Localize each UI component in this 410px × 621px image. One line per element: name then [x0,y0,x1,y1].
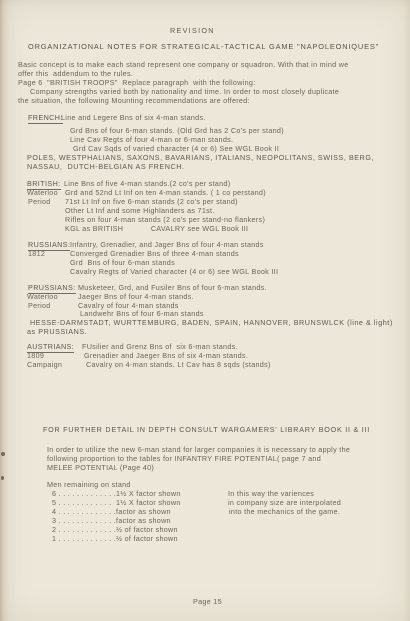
allied-nations-note: NASSAU, DUTCH-BELGIAN AS FRENCH. [27,163,185,172]
scanned-document-page: REVISION ORGANIZATIONAL NOTES FOR STRATE… [0,0,410,621]
section-sublabel: Period [28,302,51,311]
section-label-french: FRENCH: [28,114,63,124]
proportion-line: MELEE POTENTIAL (Page 40) [47,464,154,473]
page-number: Page 15 [193,598,222,607]
page-title: ORGANIZATIONAL NOTES FOR STRATEGICAL-TAC… [28,43,379,52]
section-sublabel: 1812 [28,250,45,259]
section-line: KGL as BRITISH CAVALRY see WGL Book III [65,225,248,234]
variance-note-line: into the mechanics of the game. [229,508,340,517]
allied-nations-note: as PRUSSIANS. [27,328,87,337]
revision-heading: REVISION [170,27,215,36]
intro-line: the situation, the following Mounting re… [18,97,250,106]
scan-speck [1,452,5,456]
library-reference-note: FOR FURTHER DETAIL IN DEPTH CONSULT WARG… [43,426,370,435]
scan-speck [1,476,4,480]
section-sublabel: Campaign [27,361,62,370]
section-line: Line and Legere Bns of six 4-man stands. [61,114,206,123]
section-line: Cavalry on 4-man stands. Lt Cav has 8 sq… [86,361,271,370]
factor-table-row: 1 . . . . . . . . . . . . .½ of factor s… [52,535,178,544]
section-sublabel: Period [28,198,51,207]
section-line: Cavalry Regts of Varied character (4 or … [70,268,278,277]
